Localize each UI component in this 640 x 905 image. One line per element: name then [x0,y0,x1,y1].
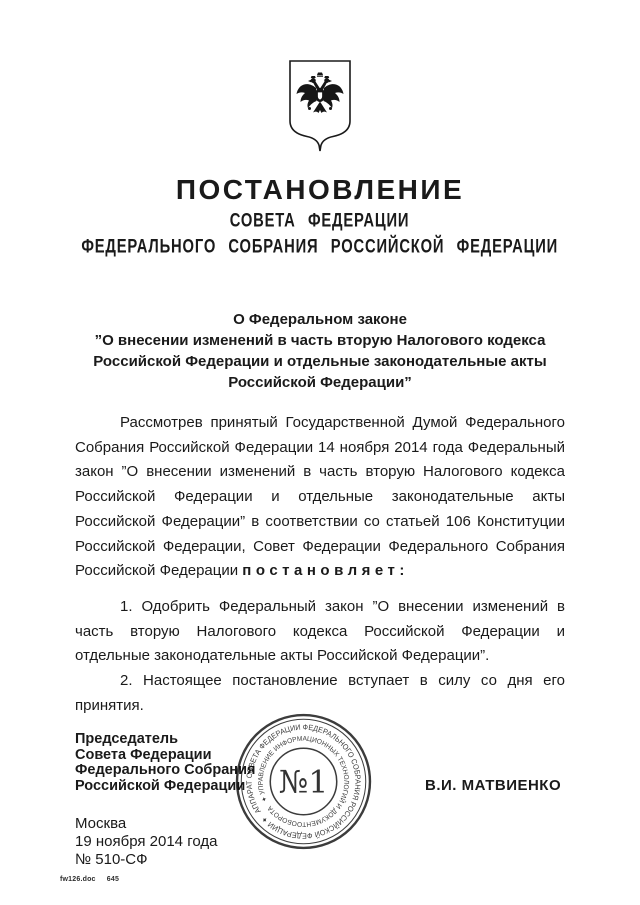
org-name-line-2: ФЕДЕРАЛЬНОГО СОБРАНИЯ РОССИЙСКОЙ ФЕДЕРАЦ… [0,236,640,257]
subject-line: Российской Федерации” [70,372,570,393]
signature-position-line: Совета Федерации [75,748,255,764]
stamp-center-number: №1 [279,765,328,801]
signature-position: Председатель Совета Федерации Федерально… [75,732,255,794]
issue-details: Москва 19 ноября 2014 года № 510-СФ [75,815,217,869]
document-page: ПОСТАНОВЛЕНИЕ СОВЕТА ФЕДЕРАЦИИ ФЕДЕРАЛЬН… [0,0,640,905]
file-reference-note: fw126.doc 645 [60,876,119,883]
document-body: Рассмотрев принятый Государственной Думо… [75,411,565,718]
document-subject: О Федеральном законе ”О внесении изменен… [70,309,570,393]
preamble-paragraph: Рассмотрев принятый Государственной Думо… [75,411,565,584]
signature-position-line: Федерального Собрания [75,763,255,779]
signatory-name: В.И. МАТВИЕНКО [425,777,561,794]
signature-position-line: Российской Федерации [75,779,255,795]
subject-line: О Федеральном законе [70,309,570,330]
resolution-item-1: 1. Одобрить Федеральный закон ”О внесени… [75,595,565,669]
subject-line: ”О внесении изменений в часть вторую Нал… [70,330,570,351]
subject-line: Российской Федерации и отдельные законод… [70,351,570,372]
document-title: ПОСТАНОВЛЕНИЕ [0,174,640,206]
issue-city: Москва [75,815,217,833]
signature-position-line: Председатель [75,732,255,748]
resolves-word: постановляет: [242,562,409,579]
issue-date: 19 ноября 2014 года [75,833,217,851]
document-number: № 510-СФ [75,851,217,869]
org-name-line-1: СОВЕТА ФЕДЕРАЦИИ [0,210,640,231]
coat-of-arms-icon [287,58,353,155]
official-round-stamp: АППАРАТ СОВЕТА ФЕДЕРАЦИИ ФЕДЕРАЛЬНОГО СО… [233,711,374,852]
